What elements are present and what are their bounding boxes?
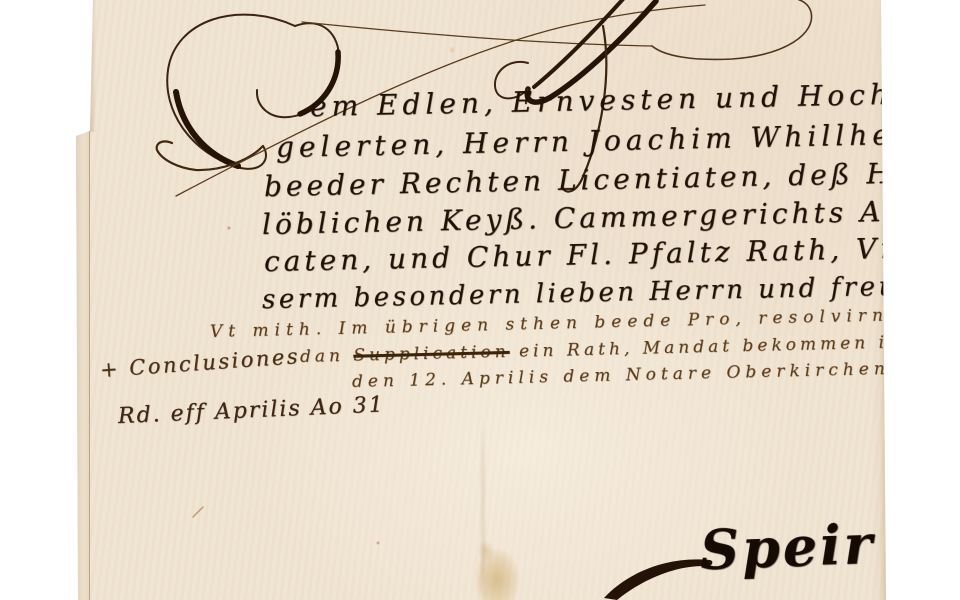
received-date-note: Rd. eff Aprilis Ao 31 — [117, 392, 385, 429]
hairline-flourish-horizontal — [302, 22, 652, 46]
annotation-line-3: den 12. Aprilis dem Notare Oberkirchen — [352, 359, 890, 392]
speir-swash — [604, 559, 712, 600]
monogram-knot-stroke-2 — [534, 0, 624, 87]
right-loop-flourish — [652, 0, 812, 59]
annotation-struck-word: Supplication — [353, 342, 510, 366]
annotation-line-2-post: ein Rath, Mandat bekommen ist — [509, 332, 911, 362]
annotation-line-2-pre: dan — [300, 346, 354, 367]
manuscript-page: em Edlen, Ernvesten und Hoch, gelerten, … — [0, 0, 960, 600]
place-name-speir: Speir — [699, 512, 876, 582]
address-line-1: em Edlen, Ernvesten und Hoch, — [310, 78, 907, 123]
manuscript-photo: em Edlen, Ernvesten und Hoch, gelerten, … — [0, 0, 960, 600]
paper-left-fold-edge — [76, 128, 90, 600]
ink-slash-mark — [193, 507, 203, 517]
paper-left-edge-shadow — [90, 0, 96, 132]
paper-crease — [481, 415, 485, 600]
calligraphic-initial-shade — [176, 92, 238, 166]
docket-conclusiones: + Conclusiones — [99, 344, 301, 382]
calligraphic-initial-tail — [157, 141, 263, 170]
